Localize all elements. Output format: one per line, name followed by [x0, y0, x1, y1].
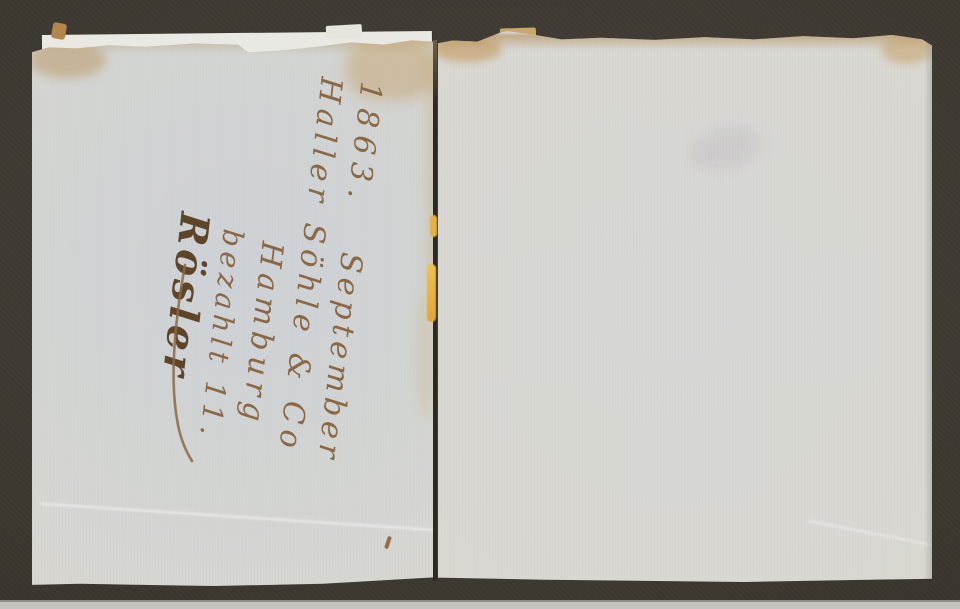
torn-fragment-brown: [51, 22, 68, 40]
ink-dash: [384, 536, 392, 550]
crease-line: [807, 520, 960, 552]
toning-stain: [432, 36, 502, 62]
mat-bottom-edge: [0, 600, 960, 609]
edge-shadow: [924, 30, 932, 582]
left-page: 1863.September Haller Söhle & Co Hamburg…: [32, 38, 436, 586]
toning-stain: [882, 36, 932, 64]
photo-stage: 1863.September Haller Söhle & Co Hamburg…: [0, 0, 960, 609]
wax-spot: [430, 215, 437, 237]
signature-flourish: [132, 228, 252, 488]
right-page: [438, 30, 932, 582]
toning-stain: [438, 34, 932, 50]
ink-smudge: [684, 120, 766, 179]
torn-fragment-white: [326, 24, 363, 39]
wax-spot: [427, 264, 436, 322]
